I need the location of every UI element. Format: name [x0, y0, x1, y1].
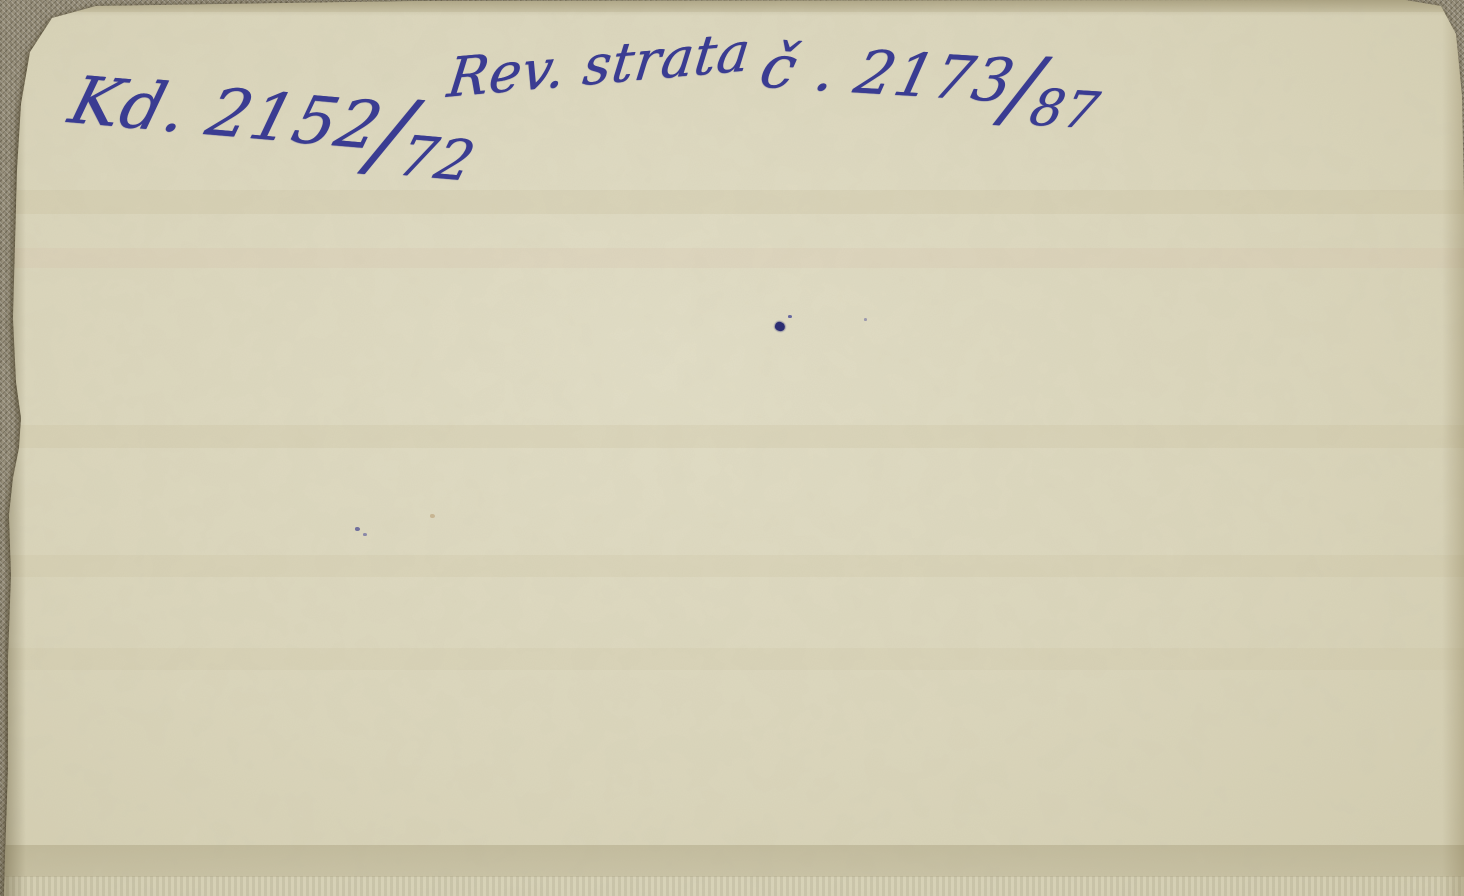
revision-number-year: 87	[1024, 79, 1105, 141]
ink-speck	[363, 533, 367, 536]
catalog-number-text: Kd. 2152	[62, 62, 391, 164]
ink-speck	[788, 315, 792, 318]
catalog-number: Kd. 2152/72	[56, 62, 490, 194]
revision-number: č . 2173/87	[749, 32, 1112, 141]
scanner-background: Kd. 2152/72 Rev. strata č . 2173/87	[0, 0, 1464, 896]
index-card: Kd. 2152/72 Rev. strata č . 2173/87	[0, 0, 1464, 896]
revision-number-text: č . 2173	[753, 32, 1021, 116]
card-left-edge-shadow	[0, 0, 36, 896]
card-top-edge-shadow	[0, 0, 1464, 16]
paper-fleck	[430, 514, 435, 518]
ink-dot	[774, 321, 786, 333]
ink-speck	[864, 318, 867, 321]
ink-speck	[355, 527, 360, 531]
card-right-edge-shadow	[1442, 0, 1464, 896]
card-shadow-wrapper: Kd. 2152/72 Rev. strata č . 2173/87	[0, 0, 1464, 896]
catalog-number-year: 72	[392, 124, 482, 194]
revision-note: Rev. strata	[444, 20, 754, 110]
